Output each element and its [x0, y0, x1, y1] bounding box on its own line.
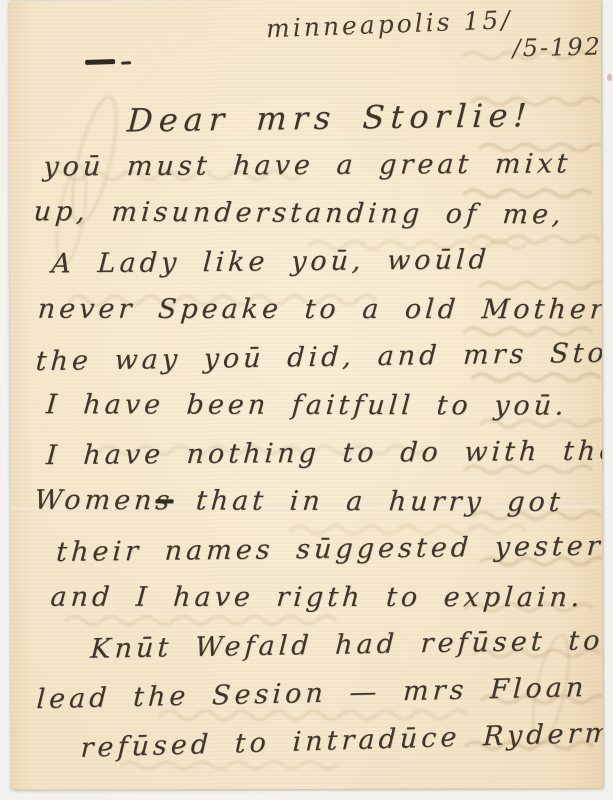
- manuscript-line: I have nothing to do with the: [27, 428, 603, 481]
- manuscript-line: their names sūggested yesterday,: [27, 523, 603, 578]
- manuscript-line: yoū must have a great mixt: [26, 140, 603, 192]
- manuscript-text: that in a hurry got: [172, 485, 565, 518]
- dateline-year: /5-1925.: [382, 32, 603, 65]
- letter-page: minneapolis 15/ /5-1925. Dear mrs Storli…: [9, 0, 603, 790]
- manuscript-text: up, misunderstanding of me,: [33, 196, 566, 230]
- manuscript-line: up, misunderstanding of me,: [26, 188, 603, 240]
- correction-mark: [85, 57, 131, 67]
- manuscript-text: I have been faitfull to yoū.: [45, 389, 569, 421]
- manuscript-text: I have nothing to do with the: [45, 436, 603, 472]
- scan-background: minneapolis 15/ /5-1925. Dear mrs Storli…: [0, 0, 613, 800]
- ink-dash: [85, 59, 115, 64]
- manuscript-text: Women: [33, 485, 156, 517]
- dateline: minneapolis 15/ /5-1925.: [266, 9, 513, 67]
- manuscript-line: Womens that in a hurry got: [27, 477, 603, 528]
- manuscript-text: Knūt Wefald had refūset to: [90, 625, 603, 664]
- manuscript-text: refūsed to intradūce Ryderman,: [80, 716, 603, 764]
- manuscript-line: A Lady like yoū, woūld: [26, 235, 603, 289]
- manuscript-line: never Speake to a old Mother: [26, 286, 603, 335]
- manuscript-line: Dear mrs Storlie!: [26, 90, 603, 146]
- manuscript-text: Dear mrs Storlie!: [126, 96, 533, 139]
- ink-dash: [121, 61, 131, 65]
- paper-stain: [607, 74, 612, 81]
- manuscript-text: their names sūggested yesterday,: [55, 530, 603, 568]
- manuscript-text: and I have rigth to explain.: [50, 582, 585, 613]
- letter-body: Dear mrs Storlie!yoū must have a great m…: [27, 93, 603, 767]
- manuscript-line: I have been faitfull to yoū.: [26, 381, 603, 431]
- manuscript-text: the way yoū did, and mrs Storlie: [35, 337, 603, 377]
- manuscript-text: never Speake to a old Mother: [37, 294, 603, 326]
- manuscript-text: yoū must have a great mixt: [42, 148, 572, 182]
- manuscript-text: lead the Sesion — mrs Floan: [36, 672, 588, 715]
- manuscript-text: A Lady like yoū, woūld: [51, 244, 491, 279]
- manuscript-line: the way yoū did, and mrs Storlie: [26, 330, 603, 387]
- manuscript-line: and I have rigth to explain.: [27, 574, 603, 623]
